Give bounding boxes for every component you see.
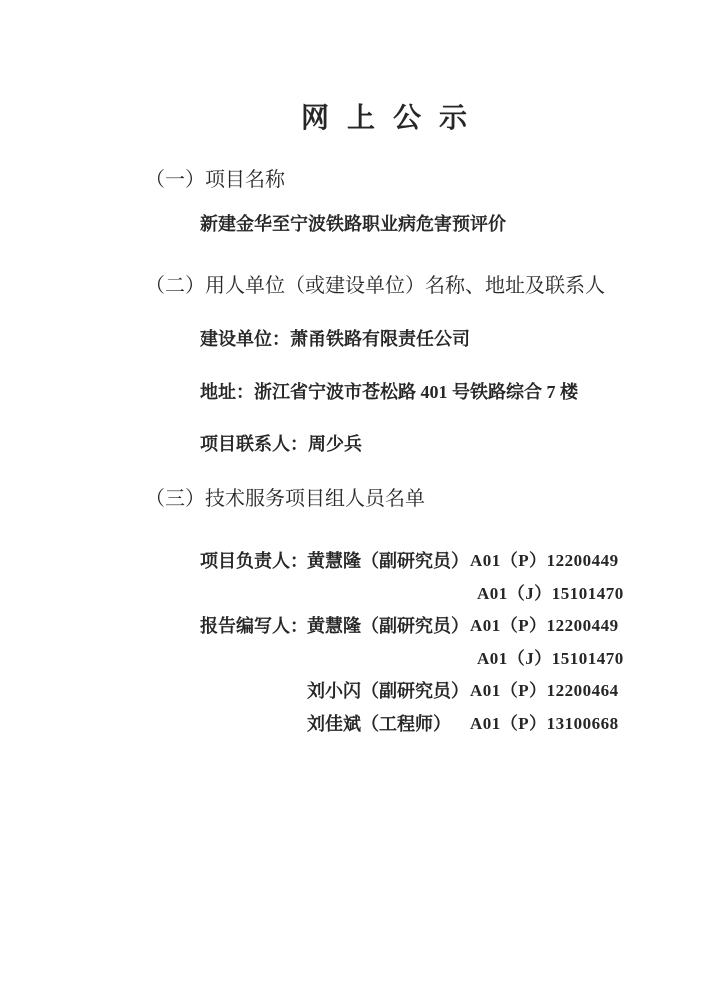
personnel-row: 刘佳斌（工程师） A01（P）13100668 — [200, 713, 630, 746]
personnel-role-label: 项目负责人： — [200, 550, 307, 572]
project-name-text: 新建金华至宁波铁路职业病危害预评价 — [200, 214, 506, 236]
section-1-heading: （一）项目名称 — [145, 168, 285, 192]
project-contact-line: 项目联系人：周少兵 — [200, 434, 362, 456]
personnel-name: 刘小闪（副研究员） — [307, 680, 469, 702]
personnel-name: 刘佳斌（工程师） — [307, 713, 451, 735]
section-2-heading: （二）用人单位（或建设单位）名称、地址及联系人 — [145, 274, 605, 298]
personnel-list: 项目负责人：黄慧隆（副研究员） A01（P）12200449 A01（J）151… — [200, 550, 630, 745]
personnel-cert-code: A01（J）15101470 — [477, 648, 624, 670]
personnel-cert-code: A01（P）12200449 — [470, 550, 619, 572]
document-title: 网 上 公 示 — [145, 102, 625, 136]
construction-unit-line: 建设单位：萧甬铁路有限责任公司 — [200, 329, 470, 351]
personnel-row: 项目负责人：黄慧隆（副研究员） A01（P）12200449 — [200, 550, 630, 583]
section-3-heading: （三）技术服务项目组人员名单 — [145, 487, 425, 511]
personnel-row: 刘小闪（副研究员） A01（P）12200464 — [200, 680, 630, 713]
personnel-row: A01（J）15101470 — [200, 648, 630, 681]
address-line: 地址：浙江省宁波市苍松路 401 号铁路综合 7 楼 — [200, 382, 578, 404]
personnel-cert-code: A01（P）13100668 — [470, 713, 619, 735]
personnel-row: 报告编写人：黄慧隆（副研究员） A01（P）12200449 — [200, 615, 630, 648]
personnel-cert-code: A01（P）12200464 — [470, 680, 619, 702]
personnel-name: 黄慧隆（副研究员） — [307, 615, 469, 637]
personnel-name: 黄慧隆（副研究员） — [307, 550, 469, 572]
document-page: 网 上 公 示 （一）项目名称 新建金华至宁波铁路职业病危害预评价 （二）用人单… — [0, 0, 707, 1000]
personnel-cert-code: A01（J）15101470 — [477, 583, 624, 605]
personnel-row: A01（J）15101470 — [200, 583, 630, 616]
personnel-cert-code: A01（P）12200449 — [470, 615, 619, 637]
personnel-role-label: 报告编写人： — [200, 615, 307, 637]
